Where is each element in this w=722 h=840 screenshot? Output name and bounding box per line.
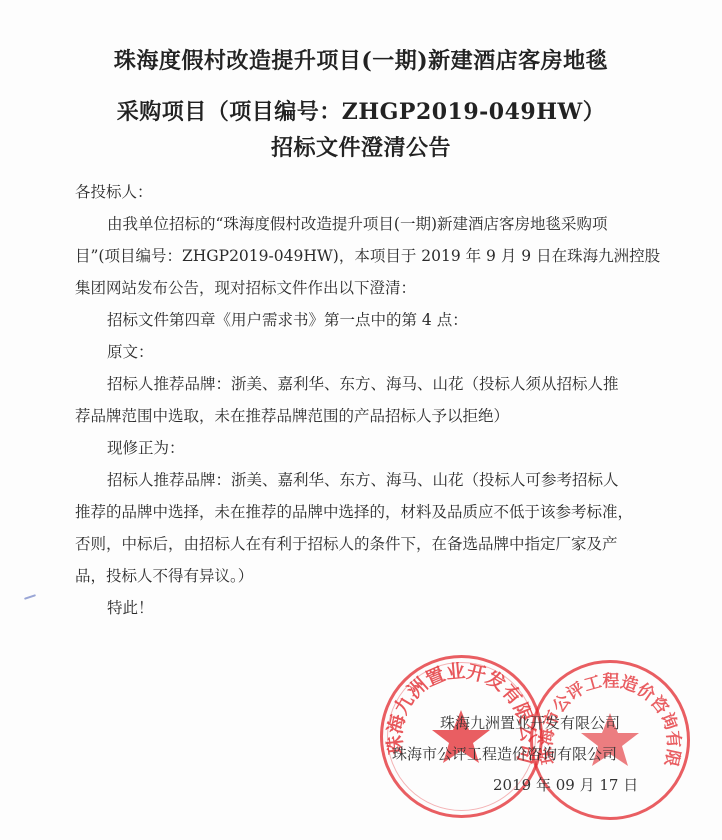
paragraph-1-line-3: 集团网站发布公告，现对招标文件作出以下澄清：	[75, 276, 416, 298]
title-line-3: 招标文件澄清公告	[0, 131, 722, 162]
salutation: 各投标人：	[75, 180, 153, 202]
closing-remark: 特此！	[107, 596, 154, 618]
title-line-2: 采购项目（项目编号：ZHGP2019-049HW）	[0, 95, 722, 126]
paragraph-original-label: 原文：	[107, 340, 154, 362]
paragraph-revised-line-3: 否则，中标后，由招标人在有利于招标人的条件下，在备选品牌中指定厂家及产	[75, 532, 618, 554]
document-page: 珠海度假村改造提升项目(一期)新建酒店客房地毯 采购项目（项目编号：ZHGP20…	[0, 0, 722, 840]
scan-mark	[24, 594, 36, 600]
paragraph-1-line-1: 由我单位招标的“珠海度假村改造提升项目(一期)新建酒店客房地毯采购项	[107, 212, 608, 234]
company-seal-gongping: 珠海市公评工程造价咨询有限公司	[530, 660, 690, 820]
paragraph-revised-line-4: 品，投标人不得有异议。）	[75, 564, 253, 586]
paragraph-original-line-1: 招标人推荐品牌：浙美、嘉利华、东方、海马、山花（投标人须从招标人推	[107, 372, 619, 394]
signature-org-1: 珠海九洲置业开发有限公司	[440, 712, 620, 733]
paragraph-revised-line-1: 招标人推荐品牌：浙美、嘉利华、东方、海马、山花（投标人可参考招标人	[107, 468, 619, 490]
paragraph-revised-line-2: 推荐的品牌中选择，未在推荐的品牌中选择的，材料及品质应不低于该参考标准，	[75, 500, 633, 522]
paragraph-2-line-1: 招标文件第四章《用户需求书》第一点中的第 4 点：	[107, 308, 468, 330]
signature-org-2: 珠海市公评工程造价咨询有限公司	[392, 743, 617, 764]
paragraph-original-line-2: 荐品牌范围中选取，未在推荐品牌范围的产品招标人予以拒绝）	[75, 404, 509, 426]
paragraph-1-line-2: 目”(项目编号：ZHGP2019-049HW)，本项目于 2019 年 9 月 …	[75, 244, 660, 266]
signature-date: 2019 年 09 月 17 日	[493, 774, 638, 795]
title-line-1: 珠海度假村改造提升项目(一期)新建酒店客房地毯	[0, 44, 722, 75]
paragraph-revised-label: 现修正为：	[107, 436, 185, 458]
